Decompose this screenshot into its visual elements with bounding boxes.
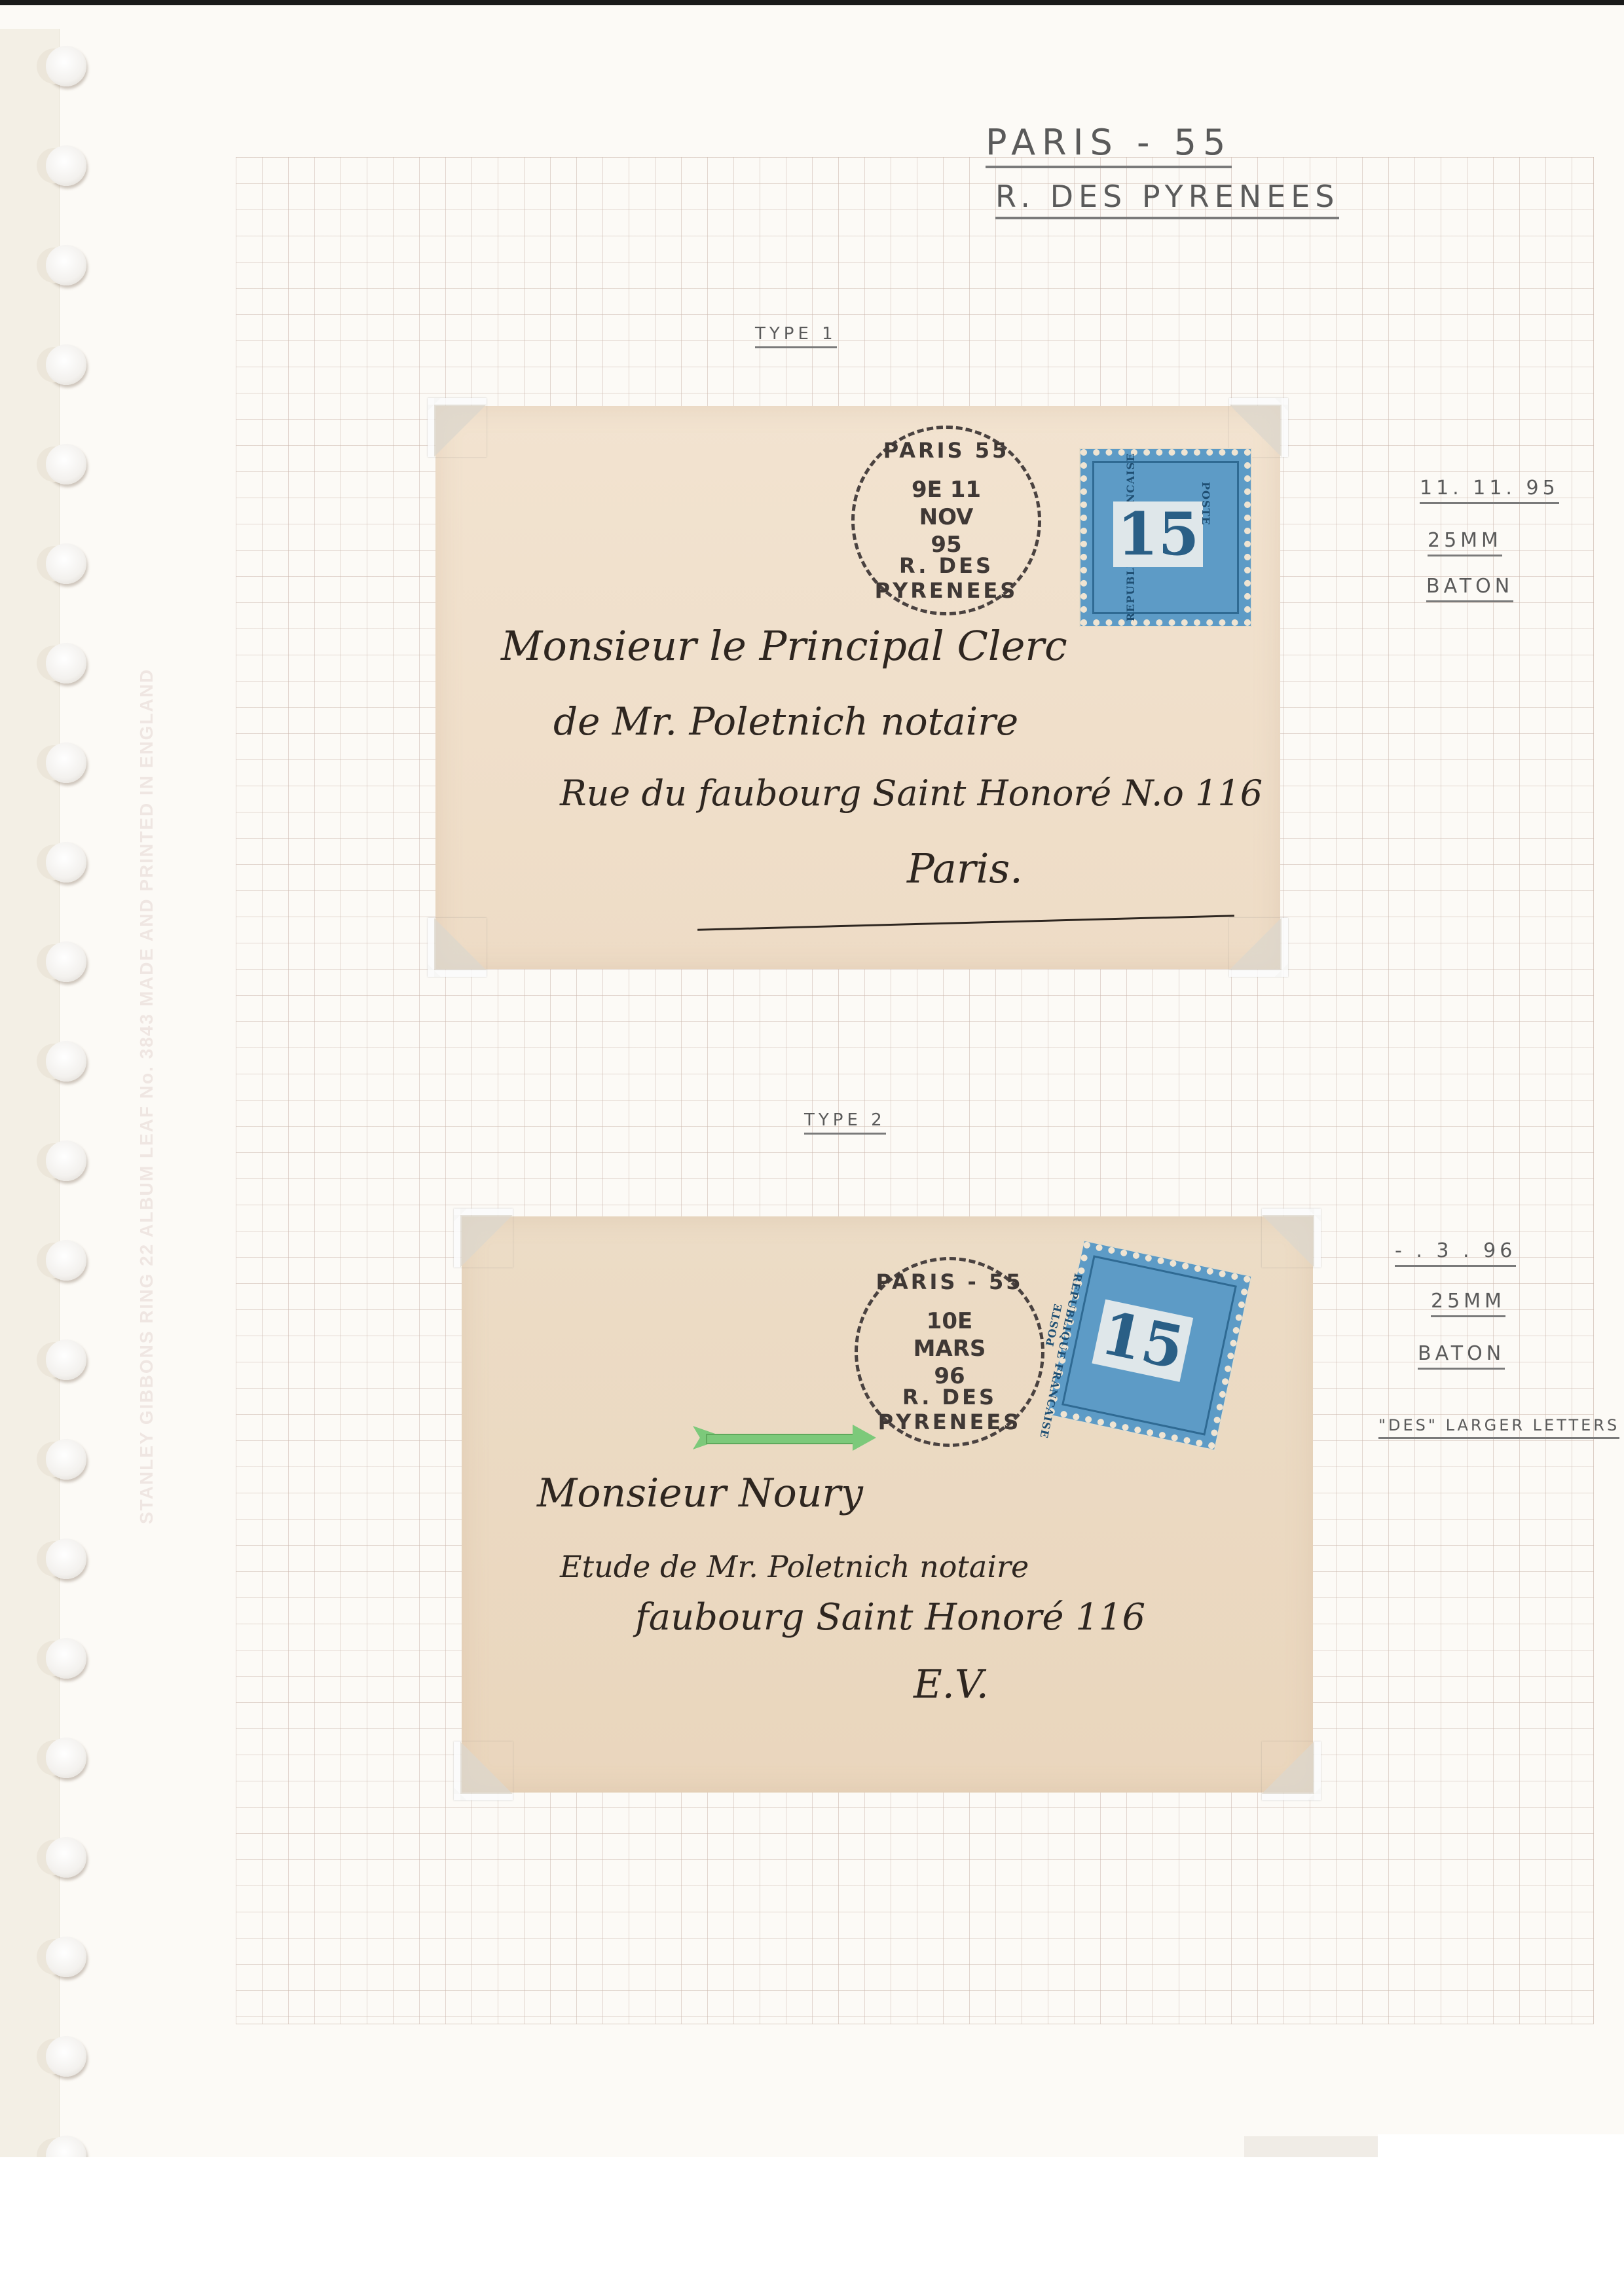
ring-hole [46,941,86,982]
ring-hole [46,742,86,783]
note-style-2: BATON [1418,1342,1505,1370]
arrow-shaft [706,1434,859,1444]
postmark-top-text: PARIS 55 [855,438,1038,463]
address-line-2: Etude de Mr. Poletnich notaire [560,1549,1029,1584]
stamp-poste-text: POSTE [1200,482,1212,526]
postmark-bottom-text: R. DES PYRENEES [858,1385,1041,1434]
ring-hole [46,1738,86,1778]
note-size-1: 25MM [1428,529,1502,556]
ring-hole [46,1539,86,1579]
ring-hole [46,1837,86,1878]
scan-bottom-right [1378,2134,1624,2296]
ring-hole [46,643,86,683]
note-size-2: 25MM [1431,1290,1505,1317]
postmark-date: 9E 11 NOV 95 [855,476,1038,558]
note-date-1: 11. 11. 95 [1420,477,1559,504]
ring-hole [46,1638,86,1679]
address-line-3: Rue du faubourg Saint Honoré N.o 116 [560,773,1263,814]
note-date-2: - . 3 . 96 [1395,1239,1516,1267]
page-subtitle: R. DES PYRENEES [995,179,1339,219]
underline-stroke [697,915,1234,930]
photo-corner [428,398,487,457]
album-page: STANLEY GIBBONS RING 22 ALBUM LEAF No. 3… [0,5,1624,2296]
ring-hole [46,1041,86,1082]
address-line-1: Monsieur le Principal Clerc [501,622,1067,670]
binder-tab [1244,2136,1378,2157]
album-leaf-imprint: STANLEY GIBBONS RING 22 ALBUM LEAF No. 3… [136,668,157,1524]
postmark-bottom-text: R. DES PYRENEES [855,553,1038,603]
ring-hole [46,2036,86,2077]
green-arrow-pointer [693,1425,876,1451]
ring-hole [46,46,86,86]
photo-corner [428,918,487,977]
postmark-type-2: PARIS - 55 10E MARS 96 R. DES PYRENEES [855,1257,1044,1447]
stamp-value: 15 [1113,501,1203,567]
ring-hole [46,1339,86,1380]
cover-type-1: PARIS 55 9E 11 NOV 95 R. DES PYRENEES RE… [435,406,1280,969]
ring-hole [46,543,86,584]
photo-corner [454,1209,513,1267]
ring-hole [46,1140,86,1181]
ring-hole [46,344,86,385]
ring-hole [46,1439,86,1480]
ring-hole [46,1937,86,1977]
address-line-1: Monsieur Noury [537,1470,863,1516]
type-2-label: TYPE 2 [804,1110,886,1135]
postmark-month: NOV [855,503,1038,531]
address-line-3: faubourg Saint Honoré 116 [635,1596,1145,1639]
ring-hole [46,842,86,883]
cover-type-2: PARIS - 55 10E MARS 96 R. DES PYRENEES P… [462,1216,1313,1793]
postmark-day: 11 [950,477,981,503]
address-line-4: Paris. [907,845,1023,892]
photo-corner [454,1741,513,1800]
note-style-1: BATON [1426,575,1513,602]
postmark-date: 10E MARS 96 [858,1307,1041,1390]
ring-hole [46,444,86,484]
stamp-15c-sage: REPUBLIQUE FRANCAISE 15 POSTE [1080,449,1251,626]
type-1-label: TYPE 1 [755,324,837,348]
note-des-larger: "DES" LARGER LETTERS [1378,1416,1619,1439]
postmark-type-1: PARIS 55 9E 11 NOV 95 R. DES PYRENEES [851,426,1041,615]
postmark-time: 9E [912,477,942,503]
address-line-4: E.V. [913,1662,989,1707]
postmark-month: MARS [858,1335,1041,1362]
photo-corner [1262,1741,1321,1800]
ring-hole [46,145,86,186]
ring-hole [46,1240,86,1281]
ring-hole [46,245,86,285]
stamp-15c-sage: POSTE 15 REPUBLIQUE FRANCAISE [1048,1241,1251,1449]
photo-corner [1229,918,1288,977]
photo-corner [1262,1209,1321,1267]
page-title: PARIS - 55 [986,122,1232,168]
photo-corner [1229,398,1288,457]
address-line-2: de Mr. Poletnich notaire [553,699,1018,744]
postmark-time: 10E [858,1307,1041,1335]
postmark-top-text: PARIS - 55 [858,1269,1041,1294]
scan-top-edge [0,0,1624,5]
arrow-head-icon [853,1425,876,1451]
